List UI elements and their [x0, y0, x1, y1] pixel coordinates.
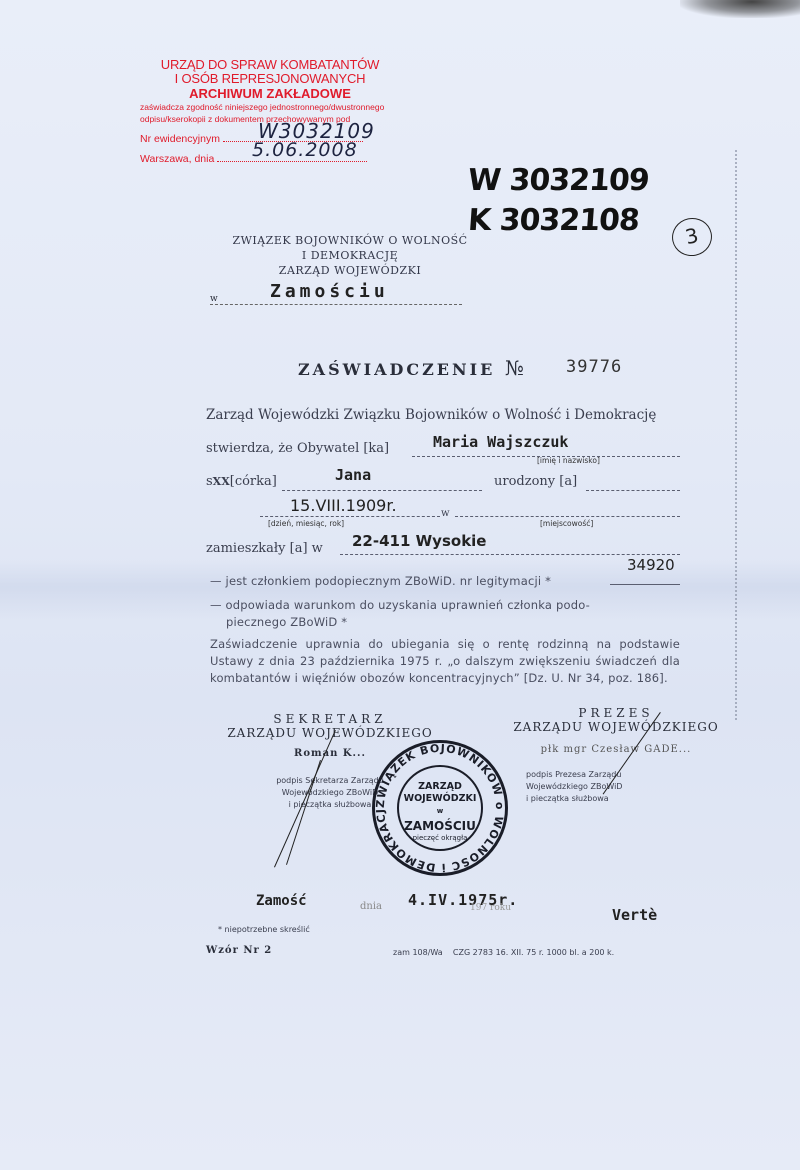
certificate-number: 39776 — [566, 357, 622, 377]
archive-nr-label: Nr ewidencyjnym — [140, 133, 220, 145]
birth-place-caption: [miejscowość] — [540, 519, 593, 528]
conditions-line1: — odpowiada warunkom do uzyskania uprawn… — [210, 597, 680, 614]
archive-date-label: Warszawa, dnia — [140, 153, 214, 165]
verte-label: Vertè — [612, 906, 657, 924]
birth-date-value: 15.VIII.1909r. — [290, 496, 397, 515]
seal-line3: w — [375, 807, 505, 815]
birth-place-prefix: w — [441, 508, 450, 519]
archive-date-value: 5.06.2008 — [252, 139, 358, 161]
form-number: Wzór Nr 2 — [206, 945, 272, 956]
print-info: zam 108/Wa CZG 2783 16. XII. 75 r. 1000 … — [393, 948, 614, 957]
seal-line4: ZAMOŚCIU — [375, 819, 505, 833]
son-daughter-label: sXX[córka] — [206, 474, 277, 489]
birth-date-caption: [dzień, miesiąc, rok] — [268, 519, 344, 528]
dnia-label: dnia — [360, 901, 382, 912]
president-name: płk mgr Czesław GADE... — [506, 744, 726, 755]
president-caption3: i pieczątka służbowa — [506, 793, 726, 805]
archive-stamp-line3: ARCHIWUM ZAKŁADOWE — [140, 86, 400, 101]
seal-caption: pieczęć okrągła — [375, 834, 505, 842]
archive-stamp-line4: zaświadcza zgodność niniejszego jednostr… — [140, 101, 400, 113]
member-id-value: 34920 — [627, 556, 675, 574]
member-line: — jest członkiem podopiecznym ZBoWiD. nr… — [210, 573, 680, 590]
circled-page-number: 3 — [668, 214, 715, 259]
footnote: * niepotrzebne skreślić — [218, 925, 310, 934]
org-city-prefix: w — [210, 294, 218, 304]
archive-date-row: Warszawa, dnia 5.06.2008 — [140, 153, 400, 165]
org-line2: I DEMOKRACJĘ — [205, 248, 495, 263]
org-line1: ZWIĄZEK BOJOWNIKÓW O WOLNOŚĆ — [205, 233, 495, 248]
seal-line1: ZARZĄD — [375, 781, 505, 792]
residence-label: zamieszkały [a] w — [206, 541, 323, 556]
residence-value: 22-411 Wysokie — [352, 532, 486, 550]
org-line3: ZARZĄD WOJEWÓDZKI — [205, 263, 495, 278]
archive-stamp-line1: URZĄD DO SPRAW KOMBATANTÓW — [140, 58, 400, 72]
seal-line2: WOJEWÓDZKI — [375, 793, 505, 804]
issue-place-value: Zamość — [256, 893, 307, 909]
number-sign: № — [505, 356, 524, 380]
organization-header: ZWIĄZEK BOJOWNIKÓW O WOLNOŚĆ I DEMOKRACJ… — [205, 233, 495, 278]
president-title1: PREZES — [506, 706, 726, 720]
legal-paragraph: Zaświadczenie uprawnia do ubiegania się … — [210, 636, 680, 687]
president-caption2: Wojewódzkiego ZBoWiD — [506, 781, 726, 793]
certificate-title: ZAŚWIADCZENIE — [298, 360, 495, 379]
certificate-intro: Zarząd Wojewódzki Związku Bojowników o W… — [206, 407, 656, 423]
archive-stamp: URZĄD DO SPRAW KOMBATANTÓW I OSÓB REPRES… — [140, 58, 400, 165]
org-city-field: w Zamościu — [210, 282, 462, 305]
citizen-name-value: Maria Wajszczuk — [433, 433, 568, 451]
born-label: urodzony [a] — [494, 474, 577, 489]
year-label: 197 roku — [470, 903, 511, 913]
stwierdza-label: stwierdza, że Obywatel [ka] — [206, 441, 389, 456]
secretary-title2: ZARZĄDU WOJEWÓDZKIEGO — [220, 726, 440, 740]
president-title2: ZARZĄDU WOJEWÓDZKIEGO — [506, 720, 726, 734]
ink-smudge — [680, 0, 800, 18]
secretary-title1: SEKRETARZ — [220, 712, 440, 726]
archive-stamp-line2: I OSÓB REPRESJONOWANYCH — [140, 72, 400, 86]
citizen-name-caption: [imię i nazwisko] — [537, 456, 600, 465]
president-signature-block: PREZES ZARZĄDU WOJEWÓDZKIEGO płk mgr Cze… — [506, 706, 726, 805]
round-seal-stamp: ZWIĄZEK BOJOWNIKÓW o WOLNOŚĆ i DEMOKRACJ… — [372, 740, 508, 876]
father-name-value: Jana — [335, 466, 371, 484]
conditions-line2: piecznego ZBoWiD * — [226, 614, 696, 631]
org-city-value: Zamościu — [270, 281, 389, 302]
paper-edge-line — [735, 150, 737, 720]
handwritten-w-number: W 3032109 — [467, 163, 650, 199]
